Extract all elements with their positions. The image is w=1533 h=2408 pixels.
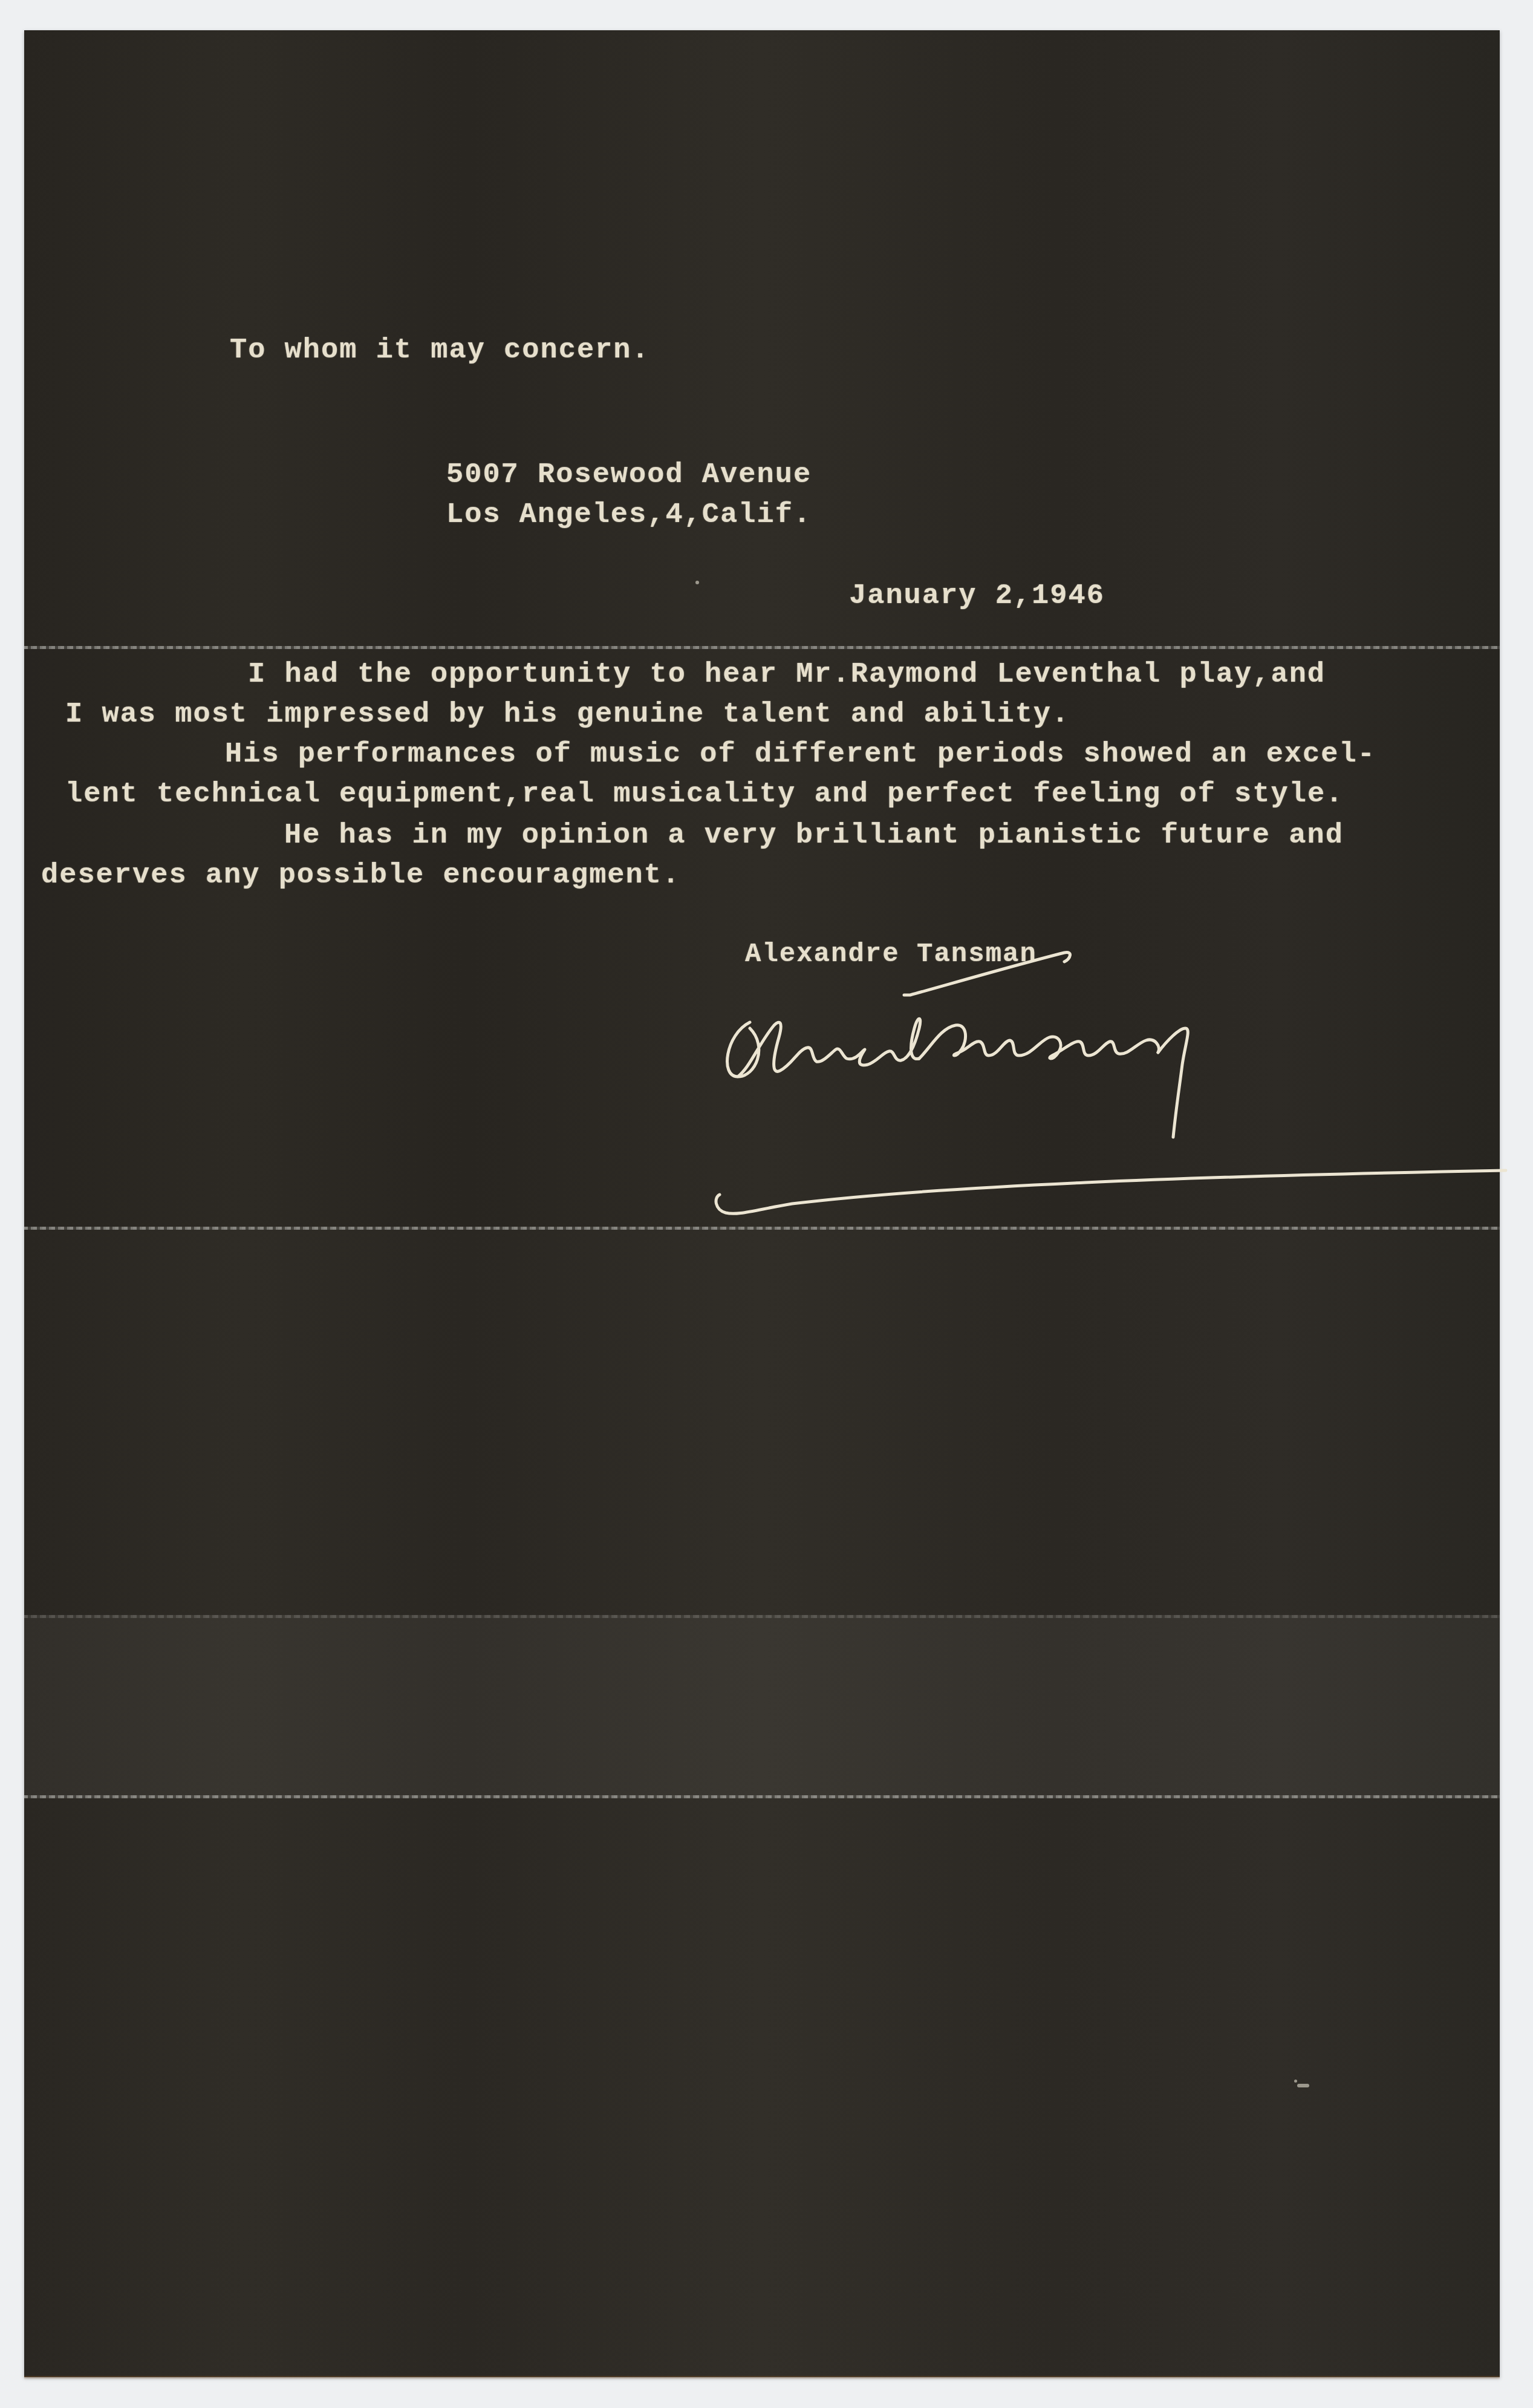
- handwritten-signature-icon: [701, 938, 1512, 1222]
- address-city: Los Angeles,4,Calif.: [446, 501, 812, 529]
- body-line: lent technical equipment,real musicality…: [65, 780, 1344, 809]
- fold-crease: [24, 1615, 1500, 1618]
- body-line: His performances of music of different p…: [225, 740, 1376, 769]
- fold-panel-lower: [24, 1228, 1500, 1615]
- fold-crease: [24, 646, 1500, 649]
- paper-speck: [1297, 2084, 1309, 2087]
- fold-crease: [24, 1795, 1500, 1798]
- fold-panel-light-strip: [24, 1615, 1500, 1796]
- body-line: I was most impressed by his genuine tale…: [65, 700, 1070, 729]
- fold-panel-bottom: [24, 1796, 1500, 2377]
- salutation: To whom it may concern.: [230, 336, 650, 365]
- body-line: I had the opportunity to hear Mr.Raymond…: [248, 661, 1326, 689]
- paper-speck: [1294, 2080, 1297, 2083]
- address-street: 5007 Rosewood Avenue: [446, 461, 812, 489]
- letter-date: January 2,1946: [849, 582, 1105, 610]
- fold-crease: [24, 1227, 1500, 1230]
- body-line: deserves any possible encouragment.: [41, 861, 680, 890]
- body-line: He has in my opinion a very brilliant pi…: [284, 821, 1344, 850]
- paper-speck: [695, 581, 699, 584]
